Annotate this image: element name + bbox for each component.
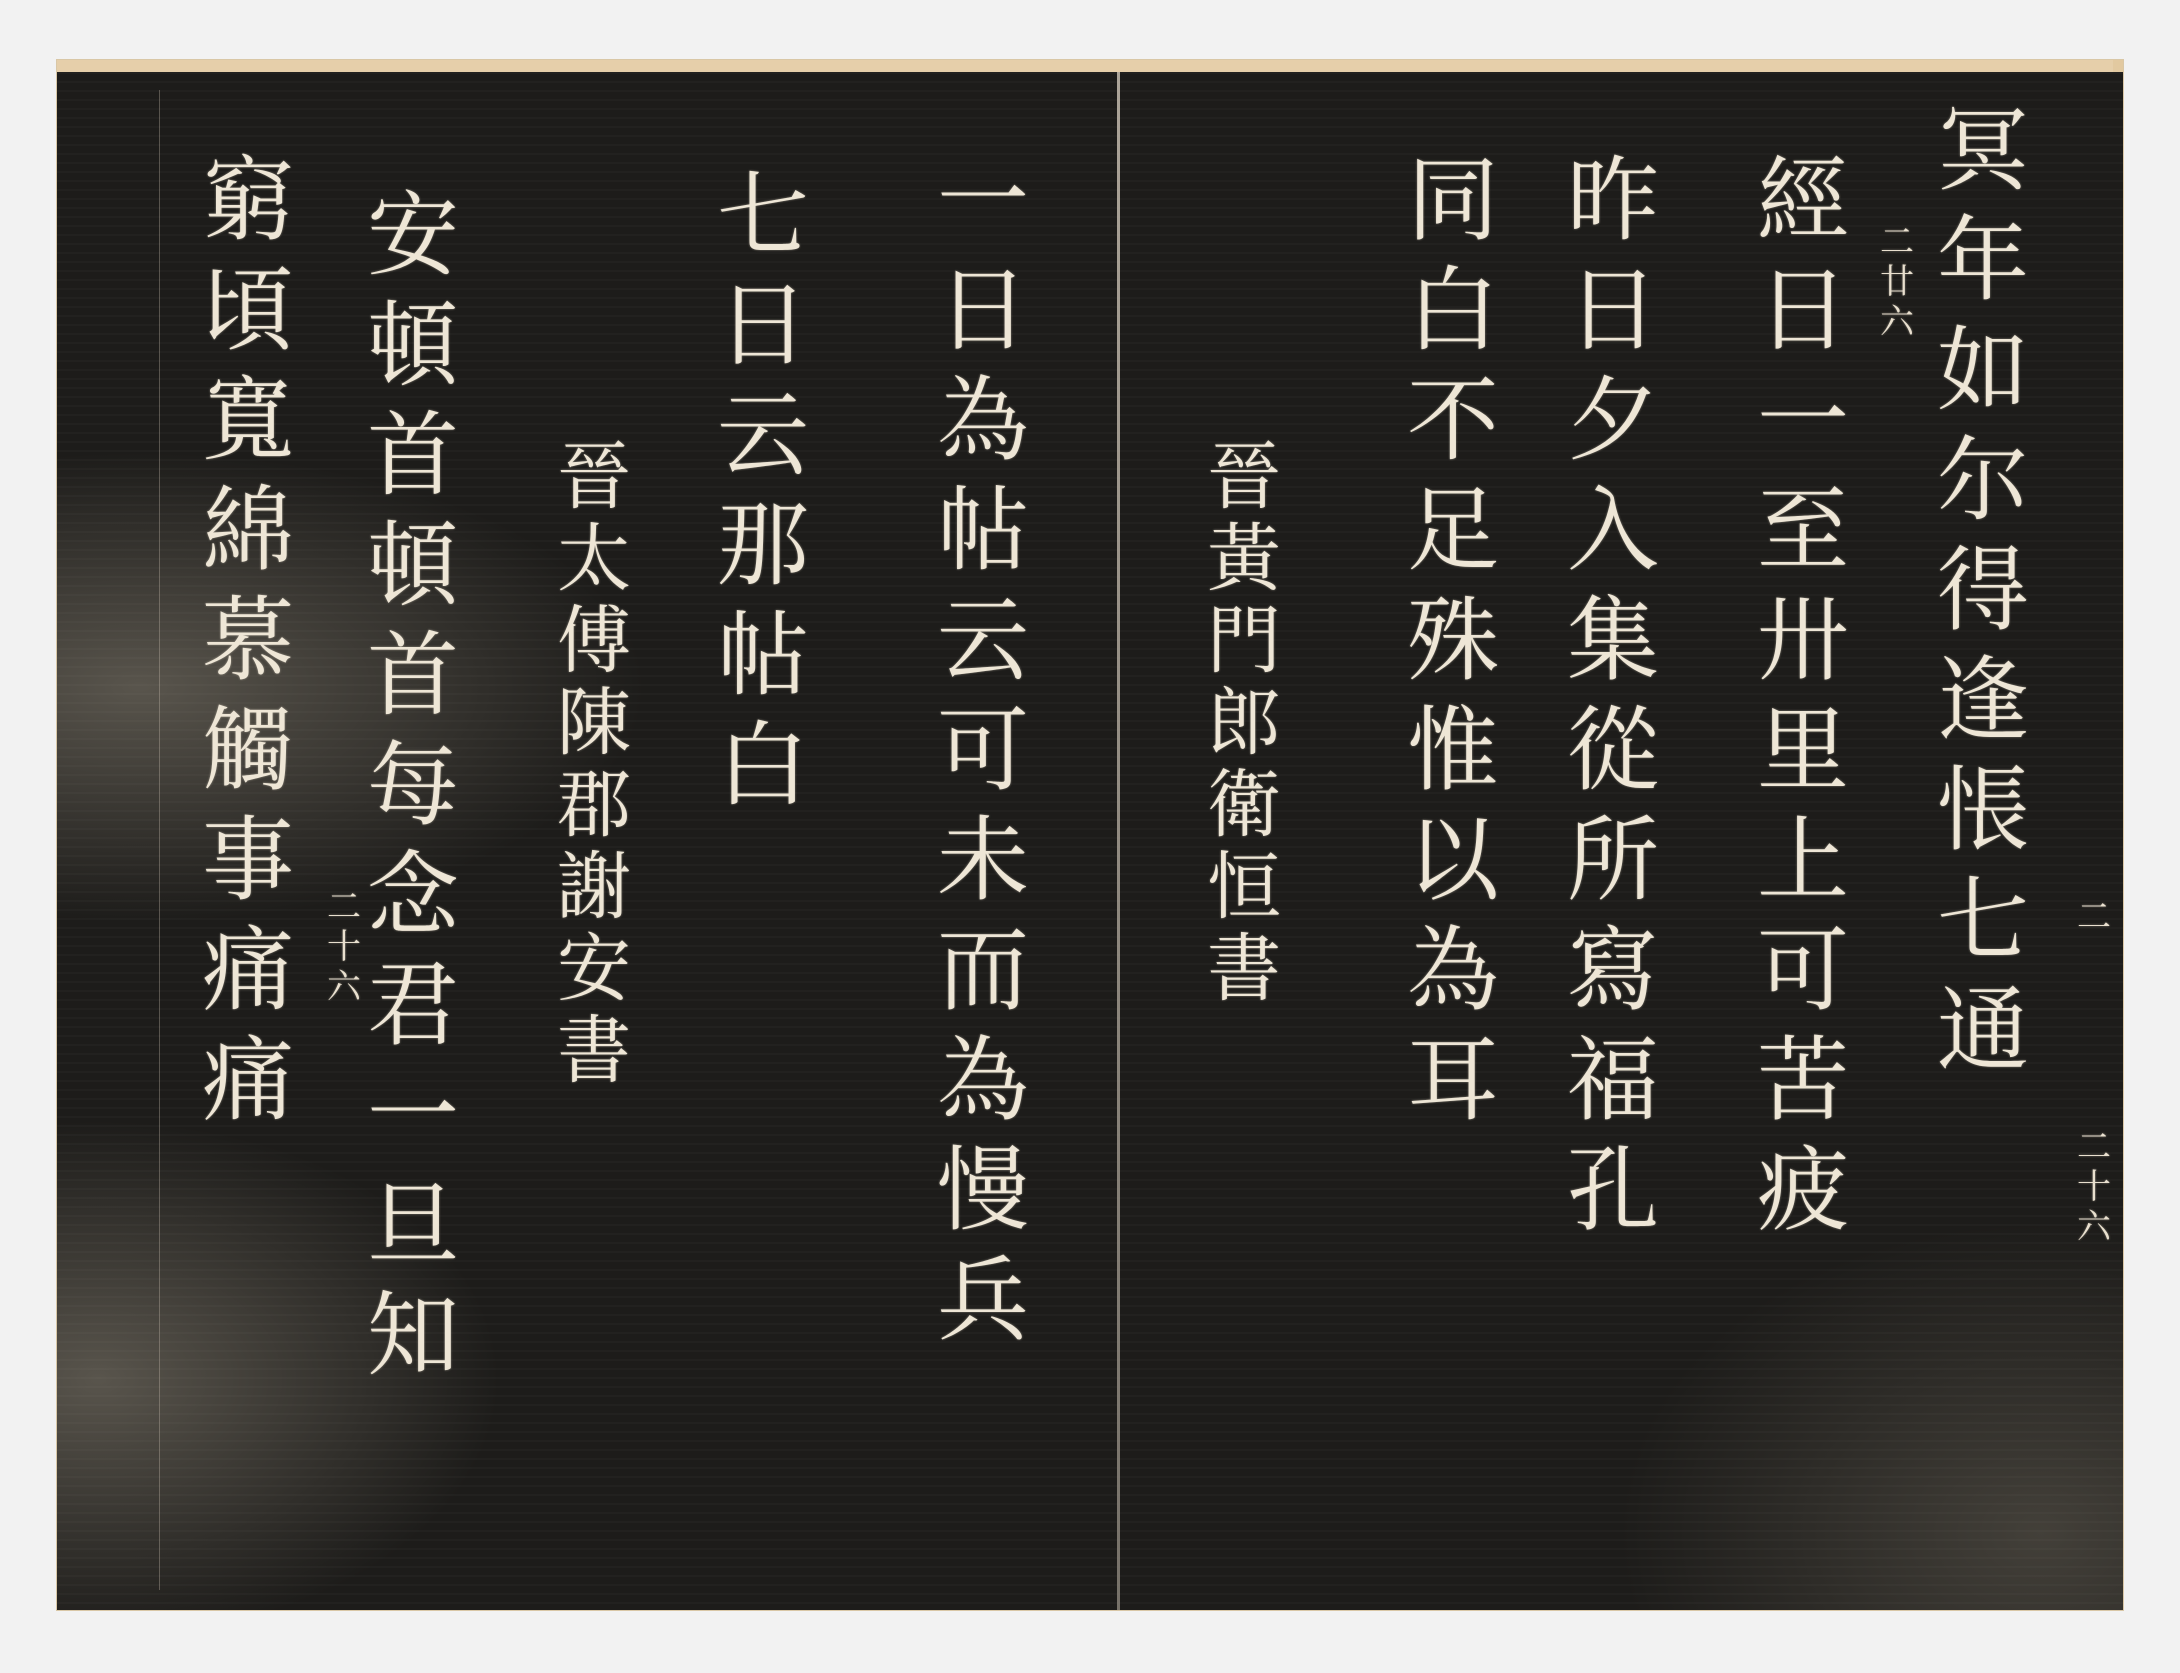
character: 安 xyxy=(367,190,459,300)
character: 未 xyxy=(937,815,1029,925)
character: 慢 xyxy=(937,1145,1029,1255)
character: 耳 xyxy=(1407,1035,1499,1145)
character: 晉 xyxy=(1207,440,1281,522)
right-column-3: 昨 日 夕 入 集 從 所 寫 福 孔 xyxy=(1567,155,1659,1255)
character: 從 xyxy=(1567,705,1659,815)
page-marker-char: 二 xyxy=(2077,900,2111,940)
character: 足 xyxy=(1407,485,1499,595)
character: 謝 xyxy=(557,850,631,932)
right-column-2: 經 日 一 至 卅 里 上 可 苦 疲 xyxy=(1757,155,1849,1255)
character: 恒 xyxy=(1207,850,1281,932)
character: 痛 xyxy=(202,1035,294,1145)
character: 事 xyxy=(202,815,294,925)
character: 而 xyxy=(937,925,1029,1035)
character: 書 xyxy=(1207,932,1281,1014)
page-marker-char: 二 xyxy=(1880,225,1914,265)
left-column-2: 七 日 云 那 帖 白 xyxy=(717,170,809,830)
left-column-1: 一 日 為 帖 云 可 未 而 為 慢 兵 xyxy=(937,155,1029,1365)
character: 日 xyxy=(1757,265,1849,375)
page-marker-char: 十 xyxy=(327,930,361,970)
character: 每 xyxy=(367,740,459,850)
character: 安 xyxy=(557,932,631,1014)
character: 集 xyxy=(1567,595,1659,705)
character: 頓 xyxy=(367,300,459,410)
page-marker-right-top: 二 廿 六 xyxy=(1880,225,1914,345)
character: 悵 xyxy=(1937,765,2029,875)
character: 日 xyxy=(717,280,809,390)
character: 經 xyxy=(1757,155,1849,265)
character: 夕 xyxy=(1567,375,1659,485)
character: 年 xyxy=(1937,215,2029,325)
character: 尔 xyxy=(1937,435,2029,545)
character: 衛 xyxy=(1207,768,1281,850)
character: 頃 xyxy=(202,265,294,375)
character: 日 xyxy=(937,265,1029,375)
right-column-1: 冥 年 如 尔 得 逢 悵 七 通 xyxy=(1937,105,2029,1205)
right-column-4: 同 白 不 足 殊 惟 以 為 耳 xyxy=(1407,155,1499,1145)
character: 兵 xyxy=(937,1255,1029,1365)
character: 晉 xyxy=(557,440,631,522)
character: 卅 xyxy=(1757,595,1849,705)
character: 首 xyxy=(367,630,459,740)
character: 七 xyxy=(717,170,809,280)
character: 慕 xyxy=(202,595,294,705)
character: 殊 xyxy=(1407,595,1499,705)
character: 念 xyxy=(367,850,459,960)
character: 福 xyxy=(1567,1035,1659,1145)
page-marker-char: 廿 xyxy=(1880,265,1914,305)
character: 白 xyxy=(1407,265,1499,375)
character: 昨 xyxy=(1567,155,1659,265)
character: 以 xyxy=(1407,815,1499,925)
character: 一 xyxy=(367,1070,459,1180)
character: 入 xyxy=(1567,485,1659,595)
character: 一 xyxy=(1757,375,1849,485)
character: 帖 xyxy=(717,610,809,720)
character: 七 xyxy=(1937,875,2029,985)
character: 君 xyxy=(367,960,459,1070)
character: 至 xyxy=(1757,485,1849,595)
character: 頓 xyxy=(367,520,459,630)
character: 一 xyxy=(937,155,1029,265)
character: 同 xyxy=(1407,155,1499,265)
character: 知 xyxy=(367,1290,459,1400)
page-marker-char: 十 xyxy=(2077,1170,2111,1210)
character: 郡 xyxy=(557,768,631,850)
character: 首 xyxy=(367,410,459,520)
character: 陳 xyxy=(557,686,631,768)
character: 冥 xyxy=(1937,105,2029,215)
character: 為 xyxy=(1407,925,1499,1035)
character: 逢 xyxy=(1937,655,2029,765)
character: 日 xyxy=(1567,265,1659,375)
page-marker-char: 六 xyxy=(2077,1210,2111,1250)
character: 綿 xyxy=(202,485,294,595)
character: 可 xyxy=(937,705,1029,815)
page-marker-right-edge: 二 xyxy=(2077,900,2111,940)
character: 所 xyxy=(1567,815,1659,925)
character: 不 xyxy=(1407,375,1499,485)
character: 上 xyxy=(1757,815,1849,925)
character: 里 xyxy=(1757,705,1849,815)
character: 寬 xyxy=(202,375,294,485)
page-marker-right-edge-2: 二 十 六 xyxy=(2077,1130,2111,1250)
character: 孔 xyxy=(1567,1145,1659,1255)
character: 帖 xyxy=(937,485,1029,595)
character: 寫 xyxy=(1567,925,1659,1035)
page-marker-left: 二 十 六 xyxy=(327,890,361,1010)
character: 痛 xyxy=(202,925,294,1035)
character: 得 xyxy=(1937,545,2029,655)
right-colophon: 晉 黃 門 郎 衛 恒 書 xyxy=(1207,440,1281,1014)
left-column-4: 窮 頃 寬 綿 慕 觸 事 痛 痛 xyxy=(202,155,294,1145)
character: 為 xyxy=(937,375,1029,485)
character: 疲 xyxy=(1757,1145,1849,1255)
page-marker-char: 二 xyxy=(327,890,361,930)
character: 白 xyxy=(717,720,809,830)
page-marker-char: 六 xyxy=(327,970,361,1010)
rubbing-sheet: 冥 年 如 尔 得 逢 悵 七 通 二 廿 六 二 二 十 六 經 日 一 至 … xyxy=(57,60,2123,1610)
left-column-3: 安 頓 首 頓 首 每 念 君 一 旦 知 xyxy=(367,190,459,1400)
character: 云 xyxy=(717,390,809,500)
page-marker-char: 二 xyxy=(2077,1130,2111,1170)
character: 惟 xyxy=(1407,705,1499,815)
character: 苦 xyxy=(1757,1035,1849,1145)
character: 那 xyxy=(717,500,809,610)
character: 如 xyxy=(1937,325,2029,435)
left-colophon: 晉 太 傅 陳 郡 謝 安 書 xyxy=(557,440,631,1096)
center-fold-line xyxy=(1117,72,1120,1610)
character: 可 xyxy=(1757,925,1849,1035)
character: 云 xyxy=(937,595,1029,705)
character: 黃 xyxy=(1207,522,1281,604)
character: 觸 xyxy=(202,705,294,815)
page-marker-char: 六 xyxy=(1880,305,1914,345)
character: 通 xyxy=(1937,985,2029,1095)
character: 書 xyxy=(557,1014,631,1096)
character: 門 xyxy=(1207,604,1281,686)
character: 為 xyxy=(937,1035,1029,1145)
character: 郎 xyxy=(1207,686,1281,768)
character: 太 xyxy=(557,522,631,604)
character: 旦 xyxy=(367,1180,459,1290)
character: 傅 xyxy=(557,604,631,686)
left-margin-line xyxy=(159,90,160,1590)
character: 窮 xyxy=(202,155,294,265)
